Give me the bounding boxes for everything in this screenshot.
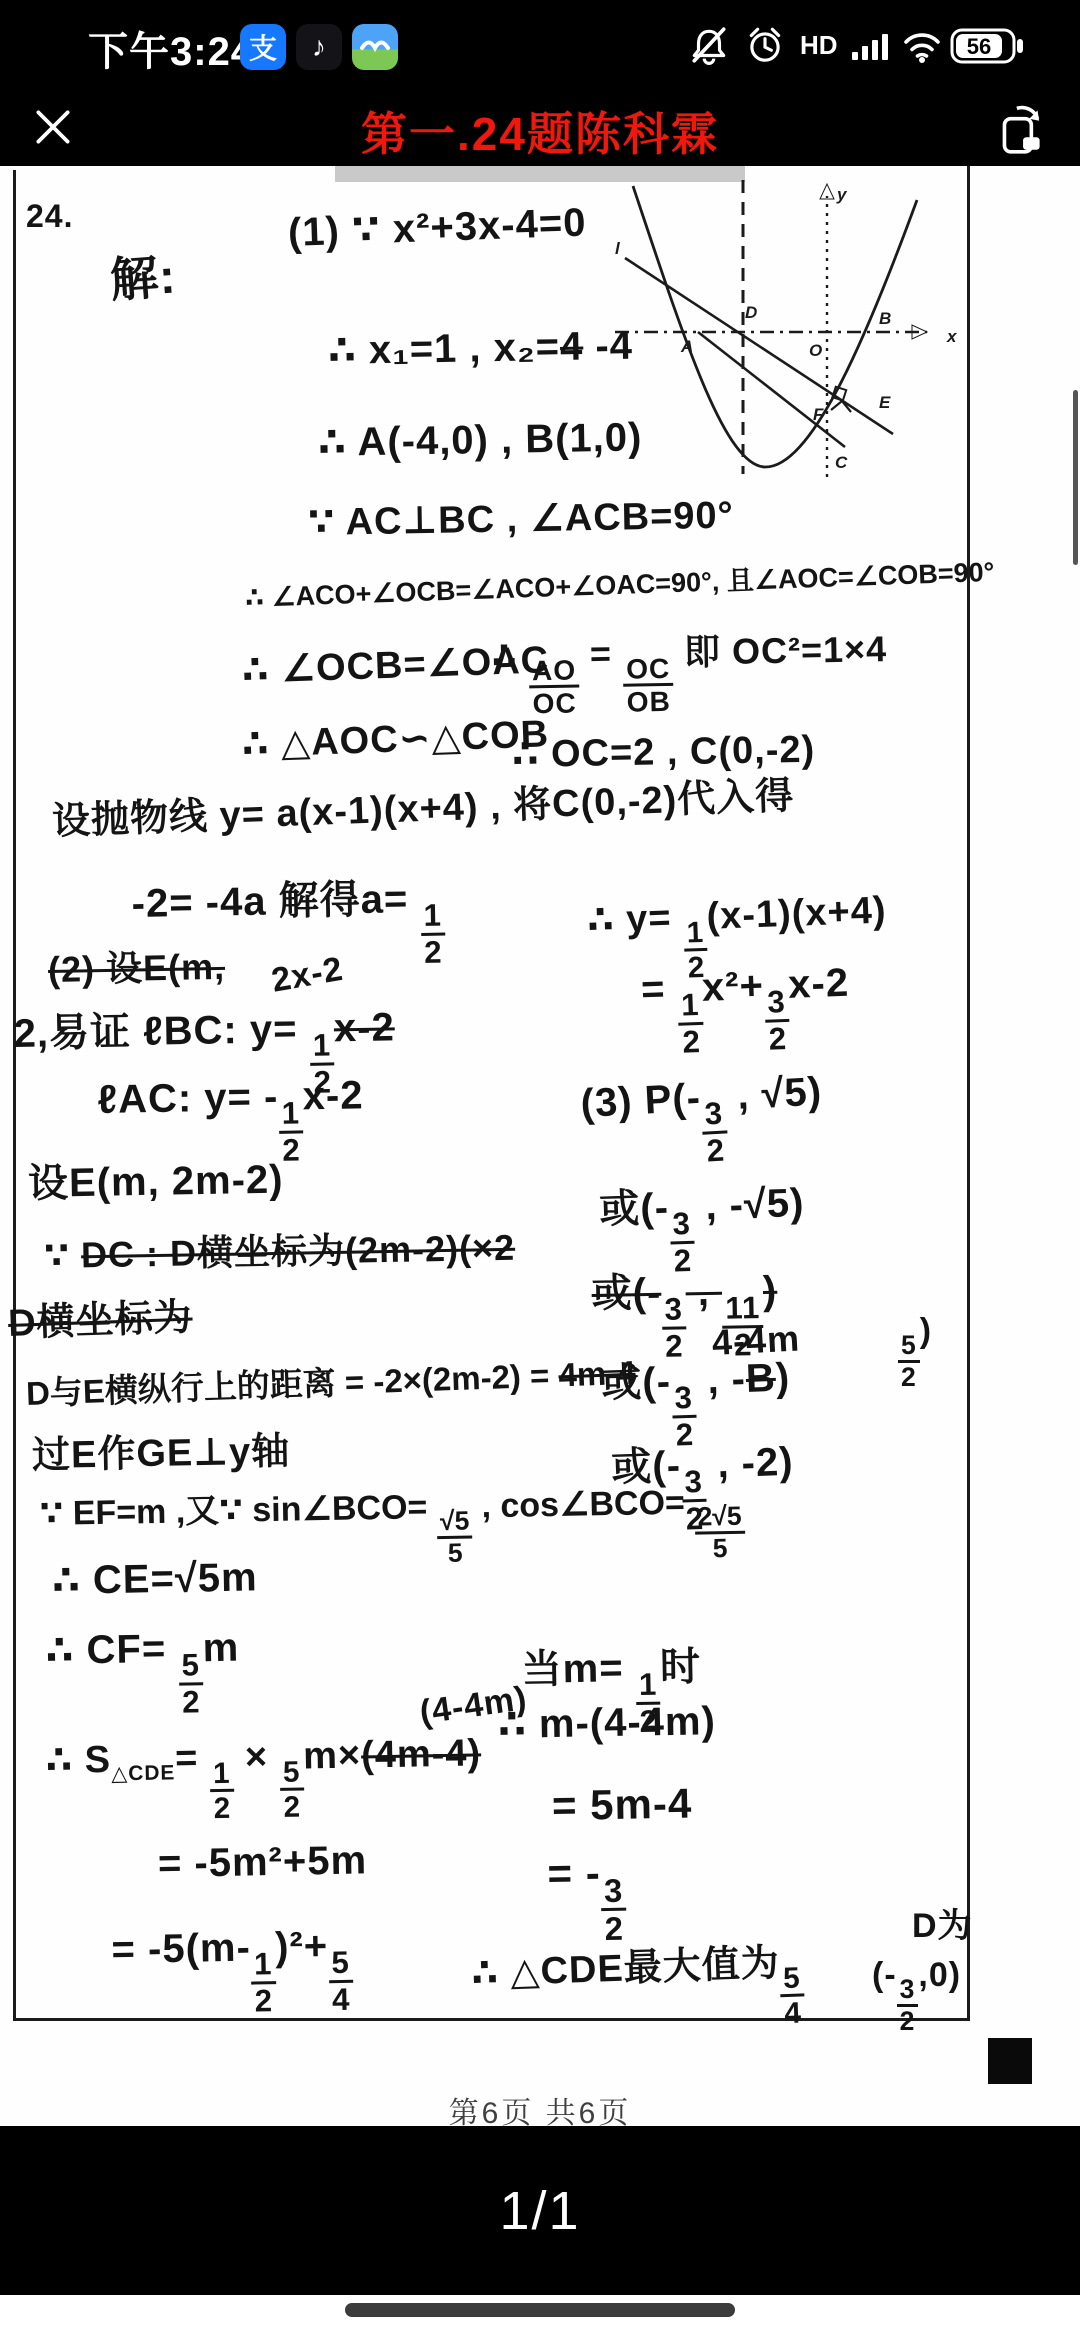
handwriting-line: 24. [26, 198, 73, 235]
handwriting-line: ∴ CE=√5m [52, 1554, 258, 1604]
status-bar: 下午3:24 支 ♪ HD [0, 0, 1080, 90]
clock-text: 下午3:24 [88, 20, 254, 77]
handwriting-line: ∴ A(-4,0) , B(1,0) [318, 414, 643, 466]
tiktok-notification-icon: ♪ [296, 24, 342, 70]
cellular-signal-icon [848, 24, 892, 66]
handwriting-line: ∴ △CDE最大值为54 [470, 1930, 805, 2040]
figure-label-E: E [879, 393, 891, 412]
wifi-icon [900, 24, 944, 66]
battery-icon: 56 [950, 26, 1026, 66]
handwriting-line: ∴ CF= 52m [45, 1625, 240, 1722]
handwriting-line: 过E作GE⊥y轴 [32, 1419, 291, 1478]
document-title: 第一.24题陈科霖 [361, 98, 719, 172]
figure-label-O: O [809, 341, 822, 360]
handwriting-line: = 12x²+32x-2 [640, 961, 851, 1061]
rotate-screen-icon[interactable] [992, 98, 1050, 158]
battery-percent-text: 56 [967, 34, 991, 59]
figure-label-F: F [813, 405, 824, 424]
bird-icon [352, 24, 398, 70]
handwriting-line: (1) ∵ x²+3x-4=0 [287, 200, 587, 256]
alipay-notification-icon: 支 [240, 24, 286, 70]
scrollbar-thumb[interactable] [1073, 390, 1078, 565]
phone-screen: 下午3:24 支 ♪ HD [0, 0, 1080, 2340]
figure-label-D: D [745, 303, 757, 322]
parabola-figure: l y x A B C D E F O [595, 172, 967, 502]
figure-label-l: l [615, 239, 621, 258]
handwriting-line: D为 [912, 1898, 973, 1947]
handwriting-line: ∴ △AOC∽△COB [241, 711, 550, 767]
handwriting-line: ∵ AC⊥BC , ∠ACB=90° [308, 493, 735, 545]
figure-label-B: B [879, 309, 891, 328]
handwriting-line: = -5m²+5m [158, 1838, 368, 1887]
page-indicator: 1/1 [499, 2180, 580, 2242]
navigation-bar [0, 2295, 1080, 2340]
handwriting-line: ∴ ∠ACO+∠OCB=∠ACO+∠OAC=90°, 且∠AOC=∠COB=90… [244, 550, 995, 615]
handwriting-line: ∴ m-(4-4m) [498, 1698, 717, 1748]
handwriting-line: ∴ x₁=1 , x₂=4 -4 [328, 323, 634, 374]
pager-band: 1/1 [0, 2126, 1080, 2295]
handwriting-line: 解: [108, 237, 179, 310]
handwriting-line: (2) 设E(m, [48, 939, 226, 993]
handwriting-line: 设抛物线 y= a(x-1)(x+4) , 将C(0,-2)代入得 [51, 764, 795, 845]
alarm-clock-icon [744, 24, 786, 66]
document-page[interactable]: l y x A B C D E F O 24.解:(1) ∵ x²+3x-4=0… [0, 166, 1080, 2126]
hd-volte-icon: HD [800, 30, 838, 61]
bird-app-notification-icon [352, 24, 398, 70]
handwriting-line: (3) P(-32 , √5) [580, 1069, 826, 1174]
handwriting-line: 52) [898, 1312, 932, 1392]
handwriting-line: D横坐标为 [7, 1286, 193, 1347]
page-border-right [967, 166, 970, 2021]
mute-bell-icon [688, 24, 730, 66]
figure-label-A: A [680, 337, 693, 356]
handwriting-line: = -32 [547, 1849, 627, 1948]
figure-label-x: x [946, 327, 958, 346]
scan-black-square [988, 2038, 1032, 2084]
figure-label-C: C [835, 453, 848, 472]
home-indicator[interactable] [345, 2303, 735, 2317]
handwriting-line: ∴ S△CDE= 12 × 52m×(4m-4) [45, 1730, 482, 1827]
handwriting-line: 或(-32 , -2) [610, 1430, 796, 1539]
handwriting-line: (-32,0) [872, 1956, 961, 2036]
viewer-header: 第一.24题陈科霖 [0, 90, 1080, 166]
figure-label-y: y [836, 185, 848, 204]
handwriting-line: D与E横纵行上的距离 = -2×(2m-2) = 4m-4 [25, 1347, 636, 1415]
handwriting-line: ∴ AOOC = OCOB 即 OC²=1×4 [491, 621, 888, 719]
handwriting-line: = 5m-4 [552, 1780, 693, 1830]
handwriting-line: = -5(m-12)²+54 [111, 1924, 354, 2021]
handwriting-line: ∵ DC : D横坐标为(2m-2)(×2 [44, 1220, 516, 1279]
handwriting-line: 设E(m, 2m-2) [28, 1148, 284, 1209]
